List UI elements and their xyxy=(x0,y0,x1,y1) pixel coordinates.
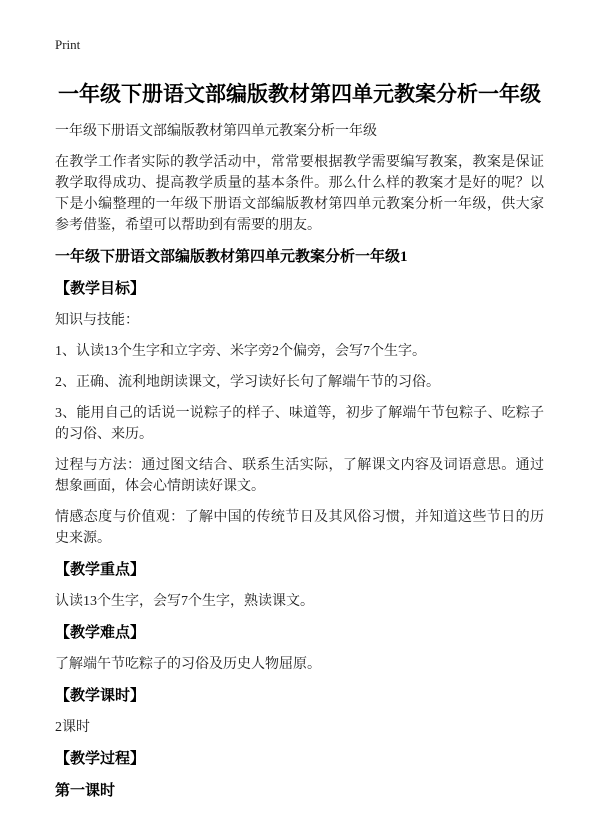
objectives-emotion-values: 情感态度与价值观：了解中国的传统节日及其风俗习惯，并知道这些节日的历史来源。 xyxy=(55,507,544,549)
section-heading-teaching-difficulties: 【教学难点】 xyxy=(55,622,544,644)
objective-item-1: 1、认读13个生字和立字旁、米字旁2个偏旁，会写7个生字。 xyxy=(55,341,544,362)
section-heading-teaching-process: 【教学过程】 xyxy=(55,748,544,770)
key-points-text: 认读13个生字，会写7个生字，熟读课文。 xyxy=(55,591,544,612)
section-heading-teaching-objectives: 【教学目标】 xyxy=(55,278,544,300)
objective-item-3: 3、能用自己的话说一说粽子的样子、味道等，初步了解端午节包粽子、吃粽子的习俗、来… xyxy=(55,403,544,445)
subtitle: 一年级下册语文部编版教材第四单元教案分析一年级 xyxy=(55,121,544,142)
lesson-one-heading: 第一课时 xyxy=(55,780,544,802)
objective-item-2: 2、正确、流利地朗读课文，学习读好长句了解端午节的习俗。 xyxy=(55,372,544,393)
section-heading-class-hours: 【教学课时】 xyxy=(55,685,544,707)
class-hours-text: 2课时 xyxy=(55,717,544,738)
section-heading-teaching-key-points: 【教学重点】 xyxy=(55,559,544,581)
difficulties-text: 了解端午节吃粽子的习俗及历史人物屈原。 xyxy=(55,654,544,675)
objectives-process-method: 过程与方法：通过图文结合、联系生活实际，了解课文内容及词语意思。通过想象画面，体… xyxy=(55,455,544,497)
intro-paragraph: 在教学工作者实际的教学活动中，常常要根据教学需要编写教案，教案是保证教学取得成功… xyxy=(55,152,544,236)
article-heading: 一年级下册语文部编版教材第四单元教案分析一年级1 xyxy=(55,246,544,268)
print-button[interactable]: Print xyxy=(55,37,80,53)
document-page: Print 一年级下册语文部编版教材第四单元教案分析一年级 一年级下册语文部编版… xyxy=(0,0,600,828)
page-title: 一年级下册语文部编版教材第四单元教案分析一年级 xyxy=(55,81,544,108)
objectives-knowledge-skills-label: 知识与技能： xyxy=(55,310,544,331)
